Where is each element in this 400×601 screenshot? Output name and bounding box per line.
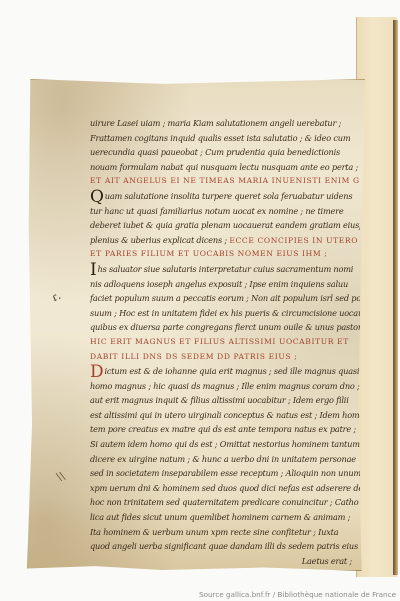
decorated-initial: Q [90, 189, 104, 204]
decorated-initial: D [90, 364, 103, 379]
rubric-line: ET PARIES FILIUM ET UOCABIS NOMEN EIUS I… [90, 247, 360, 262]
text-line: aut erit magnus inquit & filius altissim… [90, 393, 360, 408]
decorated-initial: I [90, 262, 97, 277]
text-line: Ita hominem & uerbum unum xpm recte sine… [90, 525, 360, 540]
text-line: homo magnus ; hic quasi ds magnus ; Ille… [90, 379, 360, 394]
text-line: uerecundia quasi paueobat ; Cum prudenti… [90, 145, 360, 160]
text-line: xpm uerum dni & hominem sed duos quod di… [90, 481, 360, 496]
text-line: dicere ex uirgine natum ; & hunc a uerbo… [90, 452, 360, 467]
binding-spine [393, 20, 398, 575]
text-line: hoc non trinitatem sed quaternitatem pre… [90, 495, 360, 510]
text-line: tur hanc ut quasi familiarius notum uoca… [90, 204, 360, 219]
text-line: plenius & uberius explicat dicens ; ECCE… [90, 233, 360, 248]
text-line: faciet populum suum a peccatis eorum ; N… [90, 291, 360, 306]
text-line: deberet iubet & quia gratia plenam uocau… [90, 218, 360, 233]
text-line: Quam salutatione insolita turpere queret… [90, 189, 360, 204]
text-line: suum ; Hoc est in unitatem fidei ex his … [90, 306, 360, 321]
text-line-content: plenius & uberius explicat dicens ; [90, 235, 227, 245]
text-line: quod angeli uerba significant quae danda… [90, 539, 360, 554]
text-line: lica aut fides sicut unum quemlibet homi… [90, 510, 360, 525]
rubric-line: DABIT ILLI DNS DS SEDEM DD PATRIS EIUS ; [90, 350, 360, 365]
manuscript-viewer: ɾ. \\ uirure Lasei uiam ; maria Kiam sal… [0, 0, 400, 601]
text-line-content: uam salutatione insolita turpere queret … [105, 191, 353, 201]
text-line: Dictum est & de iohanne quia erit magnus… [90, 364, 360, 379]
text-line: Frattamen cogitans inquid qualis esset i… [90, 131, 360, 146]
text-line: nouam formulam nabat qui nusquam lectu n… [90, 160, 360, 175]
rubric-line: HIC ERIT MAGNUS ET FILIUS ALTISSIMI UOCA… [90, 335, 360, 350]
text-line-content: ictum est & de iohanne quia erit magnus … [104, 366, 359, 376]
rubric-line: ET AIT ANGELUS EI NE TIMEAS MARIA INUENI… [90, 174, 360, 189]
text-line: uirure Lasei uiam ; maria Kiam salutatio… [90, 116, 360, 131]
text-line: est altissimi qui in utero uirginali con… [90, 408, 360, 423]
text-line-content: hs saluator siue salutaris interpretatur… [98, 264, 354, 274]
text-line: Ihs saluator siue salutaris interpretatu… [90, 262, 360, 277]
source-credit: Source gallica.bnf.fr / Bibliothèque nat… [199, 590, 396, 599]
text-line: Si autem idem homo qui ds est ; Omittat … [90, 437, 360, 452]
text-line: sed in societatem inseparabilem esse rec… [90, 466, 360, 481]
manuscript-text-block: uirure Lasei uiam ; maria Kiam salutatio… [90, 116, 360, 568]
text-line: tem pore creatus ex matre qui ds est ant… [90, 422, 360, 437]
text-line: nis adloquens ioseph angelus exposuit ; … [90, 277, 360, 292]
rubric-inline: ECCE CONCIPIES IN UTERO [229, 236, 358, 245]
text-line: quibus ex diuersa parte congregans fierc… [90, 320, 360, 335]
catchword: Laetus erat ; [90, 554, 360, 569]
